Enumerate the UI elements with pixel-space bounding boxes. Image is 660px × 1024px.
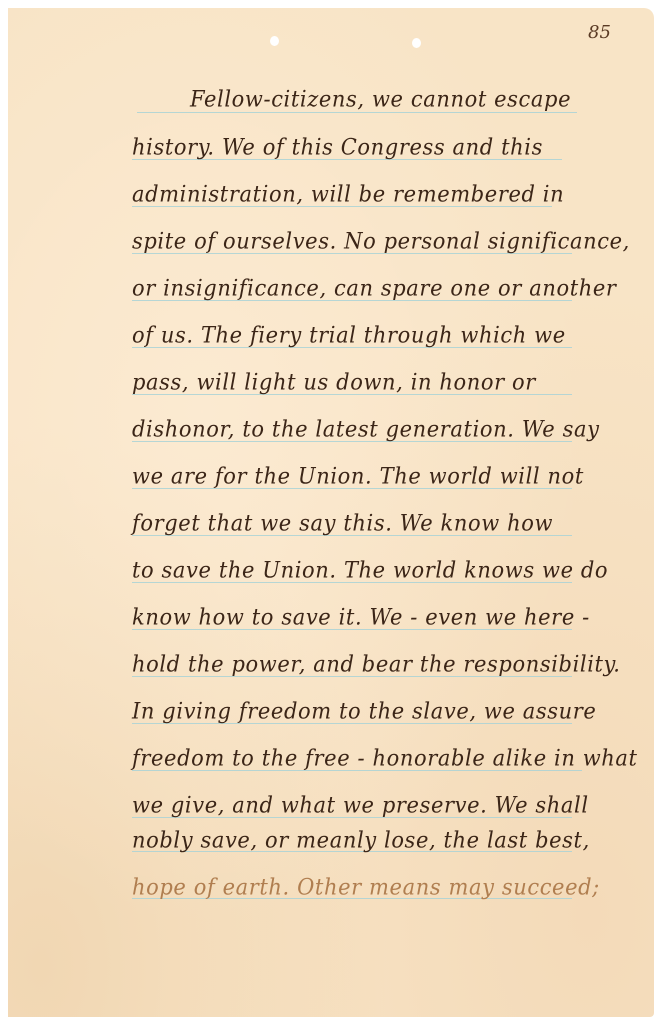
text-line: spite of ourselves. No personal signific… <box>132 228 630 254</box>
text-line: hope of earth. Other means may succeed; <box>132 874 600 900</box>
text-line: dishonor, to the latest generation. We s… <box>132 416 600 442</box>
punch-hole <box>412 38 421 48</box>
text-line: pass, will light us down, in honor or <box>132 369 536 395</box>
text-line: freedom to the free - honorable alike in… <box>132 745 638 771</box>
ruled-line <box>137 112 577 113</box>
text-line: administration, will be remembered in <box>132 181 564 207</box>
text-line: forget that we say this. We know how <box>132 510 553 536</box>
text-line: of us. The fiery trial through which we <box>132 322 566 348</box>
text-line: we are for the Union. The world will not <box>132 463 584 489</box>
text-line: or insignificance, can spare one or anot… <box>132 275 617 301</box>
text-line: we give, and what we preserve. We shall <box>132 792 589 818</box>
text-line: hold the power, and bear the responsibil… <box>132 651 621 677</box>
text-line: to save the Union. The world knows we do <box>132 557 608 583</box>
text-line: In giving freedom to the slave, we assur… <box>132 698 596 724</box>
text-line: history. We of this Congress and this <box>132 134 543 160</box>
text-line: Fellow-citizens, we cannot escape <box>190 86 571 112</box>
punch-hole <box>270 36 279 46</box>
page-number: 85 <box>588 22 611 43</box>
text-line: nobly save, or meanly lose, the last bes… <box>132 827 590 853</box>
text-line: know how to save it. We - even we here - <box>132 604 590 630</box>
